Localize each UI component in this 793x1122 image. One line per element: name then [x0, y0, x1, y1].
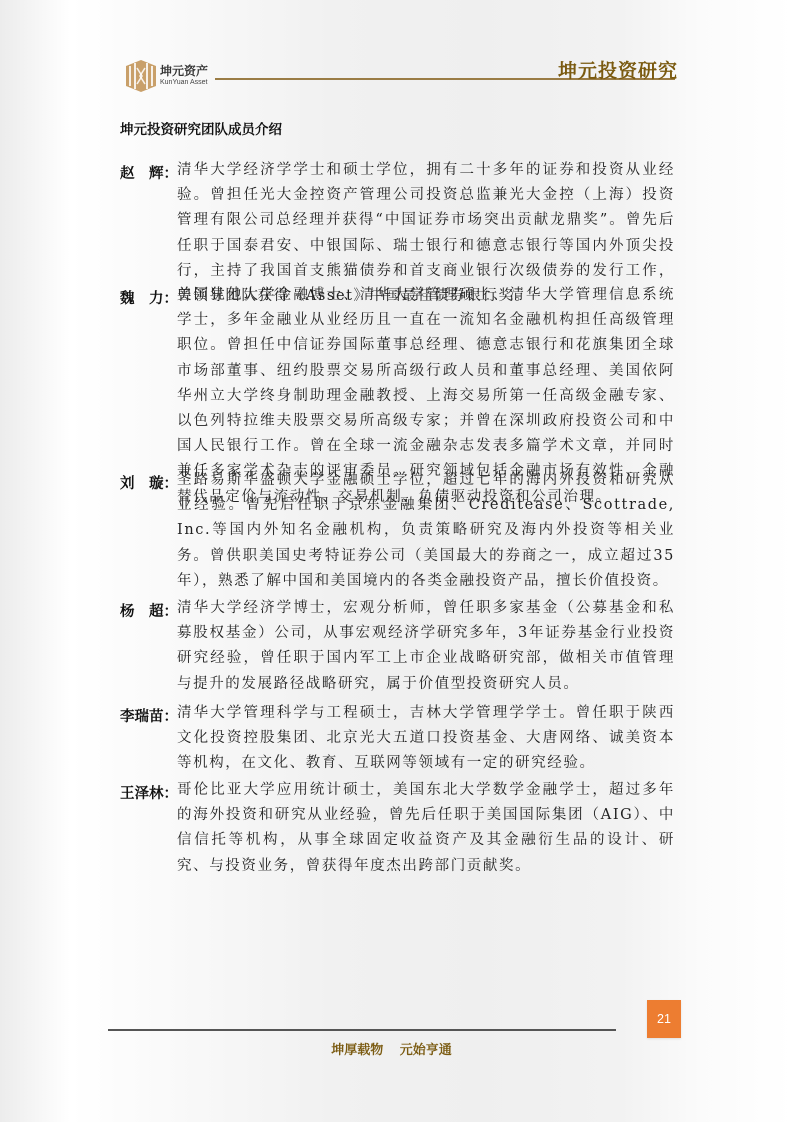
- member-bio: 清华大学管理科学与工程硕士，吉林大学管理学学士。曾任职于陕西文化投资控股集团、北…: [177, 701, 675, 777]
- kunyuan-logo-icon: [126, 60, 156, 92]
- member-bio: 清华大学经济学博士，宏观分析师，曾任职多家基金（公募基金和私募股权基金）公司，从…: [177, 596, 675, 697]
- member-name: 刘 璇：: [120, 472, 176, 493]
- member-name: 杨 超：: [120, 600, 176, 621]
- member-bio: 哥伦比亚大学应用统计硕士，美国东北大学数学金融学士，超过多年的海外投资和研究从业…: [177, 778, 675, 879]
- member-name: 李瑞苗：: [120, 705, 176, 726]
- header-title: 坤元投资研究: [558, 56, 678, 83]
- member-bio: 圣路易斯华盛顿大学金融硕士学位，超过七年的海内外投资和研究从业经验。曾先后任职于…: [177, 468, 675, 594]
- footer-motto: 坤厚载物 元始亨通: [0, 1039, 793, 1058]
- page-number-badge: 21: [647, 1000, 681, 1038]
- logo-text-cn: 坤元资产: [160, 62, 208, 79]
- member-name: 魏 力：: [120, 287, 176, 308]
- member-name: 王泽林：: [120, 782, 176, 803]
- page-header: 坤元资产 KunYuan Asset 坤元投资研究: [0, 0, 793, 100]
- motto-right: 元始亨通: [400, 1043, 452, 1058]
- footer-divider: [108, 1029, 616, 1031]
- logo-text-en: KunYuan Asset: [160, 79, 207, 86]
- motto-left: 坤厚载物: [331, 1043, 383, 1058]
- section-title: 坤元投资研究团队成员介绍: [120, 118, 282, 138]
- member-name: 赵 辉：: [120, 162, 176, 183]
